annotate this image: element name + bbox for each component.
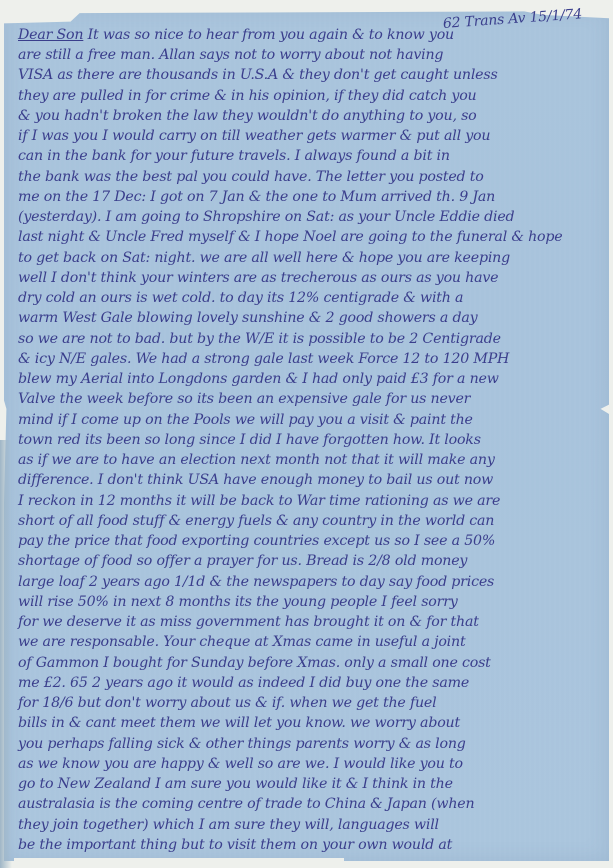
letter-line-21: town red its been so long since I did I … xyxy=(18,429,481,451)
torn-bottom-edge xyxy=(14,858,344,868)
letter-line-33: me £2. 65 2 years ago it would as indeed… xyxy=(18,672,469,694)
letter-line-22: as if we are to have an election next mo… xyxy=(18,449,495,471)
salutation: Dear Son xyxy=(18,27,83,43)
letter-line-17: & icy N/E gales. We had a strong gale la… xyxy=(18,348,509,370)
letter-line-34: for 18/6 but don't worry about us & if. … xyxy=(18,692,436,714)
paper-fold-shadow xyxy=(0,440,12,868)
letter-line-30: for we deserve it as miss government has… xyxy=(18,611,479,633)
letter-line-18: blew my Aerial into Longdons garden & I … xyxy=(18,368,499,390)
letter-line-12: to get back on Sat: night. we are all we… xyxy=(18,247,510,269)
letter-line-8: the bank was the best pal you could have… xyxy=(18,166,484,188)
letter-line-26: pay the price that food exporting countr… xyxy=(18,530,495,552)
letter-line-2: are still a free man. Allan says not to … xyxy=(18,44,443,66)
letter-line-35: bills in & cant meet them we will let yo… xyxy=(18,712,460,734)
letter-line-15: warm West Gale blowing lovely sunshine &… xyxy=(18,307,477,329)
letter-line-41: be the important thing but to visit them… xyxy=(18,834,452,856)
letter-line-10: (yesterday). I am going to Shropshire on… xyxy=(18,206,514,228)
letter-line-4: they are pulled in for crime & in his op… xyxy=(18,85,476,107)
letter-line-20: mind if I come up on the Pools we will p… xyxy=(18,409,473,431)
letter-line-14: dry cold an ours is wet cold. to day its… xyxy=(18,287,463,309)
letter-line-29: will rise 50% in next 8 months its the y… xyxy=(18,591,458,613)
letter-line-38: go to New Zealand I am sure you would li… xyxy=(18,773,453,795)
letter-line-31: we are responsable. Your cheque at Xmas … xyxy=(18,631,465,653)
letter-line-37: as we know you are happy & well so are w… xyxy=(18,753,463,775)
letter-line-text: It was so nice to hear from you again & … xyxy=(88,27,454,43)
letter-line-39: australasia is the coming centre of trad… xyxy=(18,793,474,815)
letter-line-40: they join together) which I am sure they… xyxy=(18,814,439,836)
letter-line-36: you perhaps falling sick & other things … xyxy=(18,733,466,755)
letter-line-9: me on the 17 Dec: I got on 7 Jan & the o… xyxy=(18,186,495,208)
letter-line-24: I reckon in 12 months it will be back to… xyxy=(18,490,500,512)
letter-line-6: if I was you I would carry on till weath… xyxy=(18,125,490,147)
letter-line-27: shortage of food so offer a prayer for u… xyxy=(18,550,467,572)
letter-line-19: Valve the week before so its been an exp… xyxy=(18,388,470,410)
letter-line-16: so we are not to bad. but by the W/E it … xyxy=(18,328,501,350)
letter-line-32: of Gammon I bought for Sunday before Xma… xyxy=(18,652,491,674)
letter-line-13: well I don't think your winters are as t… xyxy=(18,267,498,289)
letter-line-28: large loaf 2 years ago 1/1d & the newspa… xyxy=(18,571,494,593)
letter-line-1: Dear Son It was so nice to hear from you… xyxy=(18,24,454,46)
letter-line-25: short of all food stuff & energy fuels &… xyxy=(18,510,494,532)
letter-line-7: can in the bank for your future travels.… xyxy=(18,145,450,167)
letter-line-11: last night & Uncle Fred myself & I hope … xyxy=(18,226,562,248)
letter-line-3: VISA as there are thousands in U.S.A & t… xyxy=(18,64,498,86)
scanned-letter: 62 Trans Av 15/1/74 Dear Son It was so n… xyxy=(0,0,613,868)
letter-line-5: & you hadn't broken the law they wouldn'… xyxy=(18,105,477,127)
letter-line-23: difference. I don't think USA have enoug… xyxy=(18,469,493,491)
